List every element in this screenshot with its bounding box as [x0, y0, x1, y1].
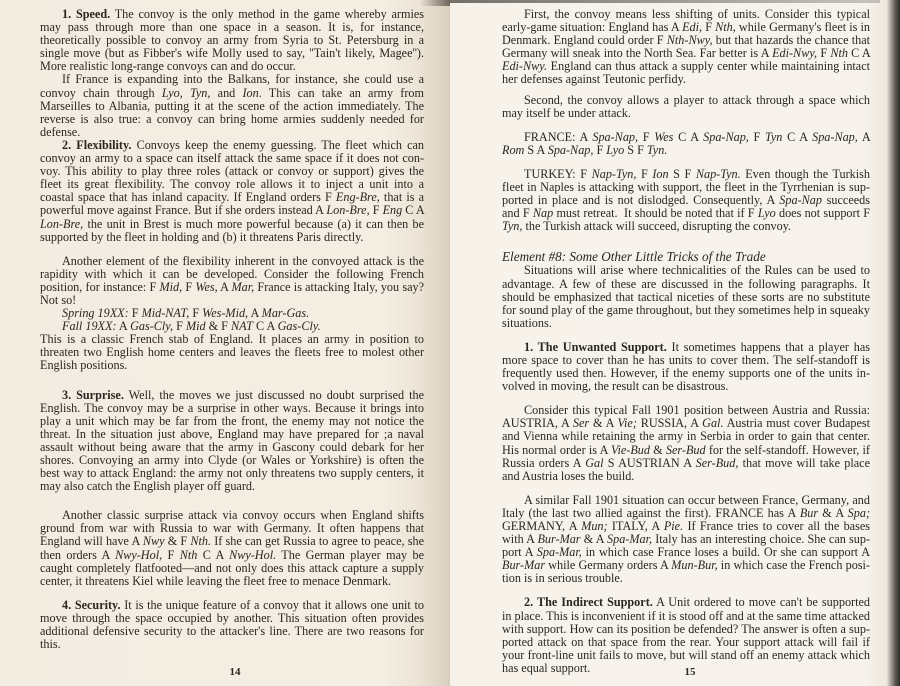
page-number-left: 14 — [20, 666, 450, 678]
paragraph-balkans: If France is expanding into the Balkans,… — [40, 73, 424, 138]
paragraph-fall-1901: Consider this typical Fall 1901 position… — [502, 404, 870, 483]
paragraph-security: 4. Security. It is the unique feature of… — [40, 599, 424, 651]
paragraph-similar-situation: A similar Fall 1901 situation can occur … — [502, 494, 870, 586]
paragraph-surprise: 3. Surprise. Well, the moves we just dis… — [40, 389, 424, 494]
paragraph-unwanted-support: 1. The Unwanted Support. It sometimes ha… — [502, 341, 870, 393]
paragraph-indirect-support: 2. The Indirect Support. A Unit ordered … — [502, 596, 870, 675]
paragraph-second: Second, the convoy allows a player to at… — [502, 94, 870, 120]
right-page: First, the convoy means less shifting of… — [450, 0, 900, 686]
page-number-right: 15 — [480, 666, 900, 678]
paragraph-turkey-orders: TURKEY: F Nap-Tyn, F Ion S F Nap-Tyn. Ev… — [502, 168, 870, 233]
paragraph-france-orders: FRANCE: A Spa-Nap, F Wes C A Spa-Nap, F … — [502, 131, 870, 157]
left-page: 1. Speed. The convoy is the only method … — [0, 0, 450, 686]
page-edge-shadow — [420, 0, 450, 6]
paragraph-stab: This is a classic French stab of England… — [40, 333, 424, 372]
paragraph-classic-surprise: Another classic surprise attack via conv… — [40, 509, 424, 588]
book-spread: 1. Speed. The convoy is the only method … — [0, 0, 900, 686]
page-edge-shadow — [450, 0, 880, 3]
paragraph-rapidity: Another element of the flexibility inher… — [40, 255, 424, 307]
paragraph-speed: 1. Speed. The convoy is the only method … — [40, 8, 424, 73]
paragraph-flexibility: 2. Flexibility. Convoys keep the enemy g… — [40, 139, 424, 244]
paragraph-situations: Situations will arise where technicaliti… — [502, 264, 870, 329]
section-heading: Element #8: Some Other Little Tricks of … — [502, 250, 870, 264]
paragraph-first: First, the convoy means less shifting of… — [502, 8, 870, 87]
